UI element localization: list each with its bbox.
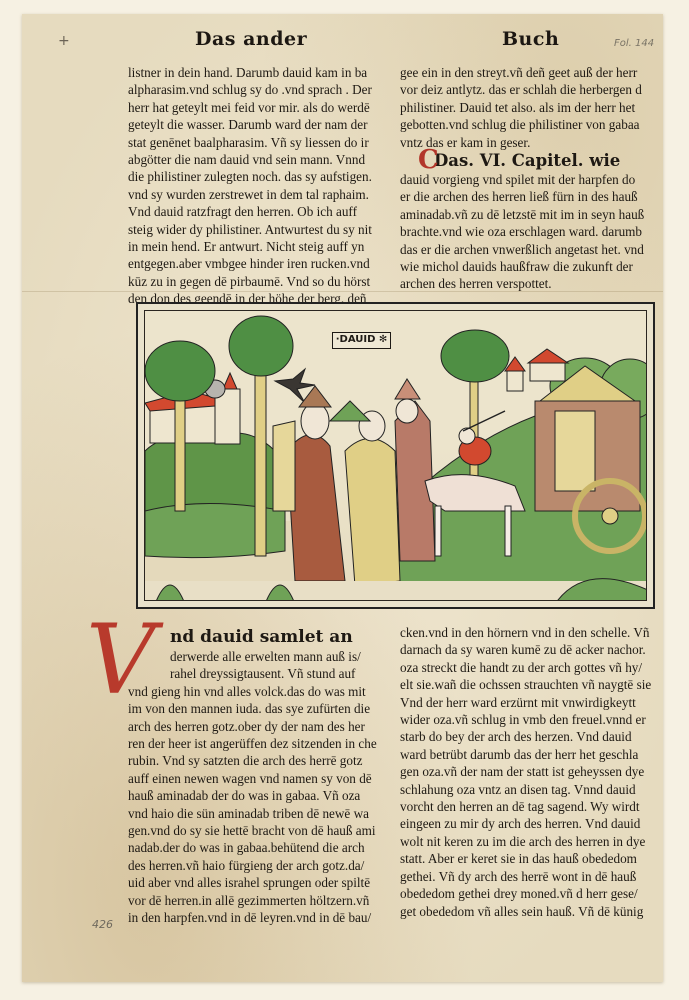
text-line: entgegen.aber vmbgee hinder iren rucken.… [128,255,372,272]
text-line: vnd sy wurden zerstrewet in dem tal raph… [128,186,372,203]
text-line: elt sie.wañ die ochssen strauchten vñ na… [400,676,648,693]
text-line: gen.vnd do sy sie hettē bracht von dē ha… [128,822,376,839]
text-line: steig wider dy philistiner. Antwurtest d… [128,221,372,238]
text-line: gebotten.vnd schlug die philistiner von … [400,116,648,133]
chapter-summary-line: brachte.vnd wie oza erschlagen ward. dar… [400,223,648,240]
folio-annotation: Fol. 144 [614,38,654,49]
text-line: schlahung oza vntz an disen tag. Vnnd da… [400,781,648,798]
chapter-summary-line: wie michol dauids haußfraw die zukunft d… [400,258,648,275]
text-line: auff einen newen wagen vnd namen sy von … [128,770,376,787]
text-line: herr hat geteylt mei feid vor mir. als d… [128,99,372,116]
text-line: philistiner. Dauid tet also. als im der … [400,99,648,116]
chapter-heading: Das. VI. Capitel. wie [434,151,648,171]
text-line: statt. Aber er keret sie in das hauß obe… [400,850,648,867]
text-line: cken.vnd in den hörnern vnd in den schel… [400,624,648,641]
text-line: ward betrübt darumb das der herr het ges… [400,746,648,763]
text-line: vorcht den herren an dē tag sagend. Wy w… [400,798,648,815]
text-line: gen oza.vñ der nam der statt ist geheyss… [400,763,648,780]
text-line: in den harpfen.vnd in dē leyren.vnd in d… [128,909,376,926]
text-line: Vnd dauid ratzfragt den herren. Ob ich a… [128,203,372,220]
text-line: listner in dein hand. Darumb dauid kam i… [128,64,372,81]
text-line: arch des herren gotz.ober dy der nam des… [128,718,376,735]
text-line: rahel dreyssigtausent. Vñ stund auf [170,665,376,682]
text-line: geteylt die wasser. Darumb ward der nam … [128,116,372,133]
text-line: alpharasim.vnd schlug sy do .vnd sprach … [128,81,372,98]
woodcut-label-david: ·DAUID ✻ [332,332,391,349]
rubric-initial-c: C [418,148,440,172]
text-line: nadab.der do was in gabaa.behütend die a… [128,839,376,856]
text-line: abgötter die nam dauid vnd sein mann. Vn… [128,151,372,168]
text-line: derwerde alle erwelten mann auß is/ [170,648,376,665]
text-line: wider oza.vñ schlug in vmb den freuel.vn… [400,711,648,728]
text-line: vnd haio die sün aminadab triben dē newē… [128,805,376,822]
text-line: Vnd der herr ward erzürnt mit vnwirdigke… [400,694,648,711]
top-right-column: gee ein in den streyt.vñ deñ geet auß de… [400,64,648,293]
bottom-left-column: nd dauid samlet an derwerde alle erwelte… [128,627,376,927]
text-line: eingeen zu mir dy arch des herren. Vnd d… [400,815,648,832]
text-line: get obededom vñ alles sein hauß. Vñ dē k… [400,903,648,920]
woodcut-illustration: ·DAUID ✻ [136,302,655,609]
text-line: im von den mannen iuda. das sye zufürten… [128,700,376,717]
chapter-summary-line: aminadab.vñ zu dē letzstē mit im in seyn… [400,206,648,223]
chapter-summary-line: er die archen des herren ließ fürn in de… [400,188,648,205]
text-line: in mein hend. Er antwurt. Nicht steig au… [128,238,372,255]
text-line: starb do bey der arch des herzen. Vnd da… [400,728,648,745]
text-line: darnach da sy waren kumē zu dē acker nac… [400,641,648,658]
text-line: vor deiz antlytz. das er schlah die herb… [400,81,648,98]
text-line: obededom gethei drey moned.vñ d herr ges… [400,885,648,902]
woodcut-scene-svg [145,311,647,601]
text-line: vor dē herren.in allē gezimmerten höltze… [128,892,376,909]
top-left-column: listner in dein hand. Darumb dauid kam i… [128,64,372,308]
inventory-number: 426 [92,918,113,931]
text-line: oza streckt die handt zu der arch gottes… [400,659,648,676]
running-head-left: Das ander [195,28,307,50]
woodcut-frame: ·DAUID ✻ [144,310,647,601]
text-line: wolt nit keren zu im die arch des herren… [400,833,648,850]
chapter-summary-line: archen des herren verspottet. [400,275,648,292]
text-line: ren der heer ist angerüffen dez sitzende… [128,735,376,752]
text-line: vnd gieng hin vnd alles volck.das do was… [128,683,376,700]
text-line: des herren.vñ haio fürgieng der arch got… [128,857,376,874]
text-line: uid aber vnd alles israhel sprungen oder… [128,874,376,891]
text-line: stat genēnet baalpharasim. Vñ sy liessen… [128,134,372,151]
text-line: gee ein in den streyt.vñ deñ geet auß de… [400,64,648,81]
opening-line: nd dauid samlet an [170,627,376,648]
running-head-right: Buch [502,28,559,50]
bottom-right-column: cken.vnd in den hörnern vnd in den schel… [400,624,648,920]
text-line: kūz zu in gegen dē pirbaumē. Vnd so du h… [128,273,372,290]
text-line: die philistiner zulegten noch. das sy au… [128,168,372,185]
pencil-corner-mark: + [58,33,70,49]
text-line: rubin. Vnd sy satzten die arch des herrē… [128,752,376,769]
text-line: gethei. Vñ dy arch des herrē wont in dē … [400,868,648,885]
chapter-summary-line: das er die archen vnwerßlich angetast he… [400,241,648,258]
text-line: hauß aminadab der do was in gabaa. Vñ oz… [128,787,376,804]
